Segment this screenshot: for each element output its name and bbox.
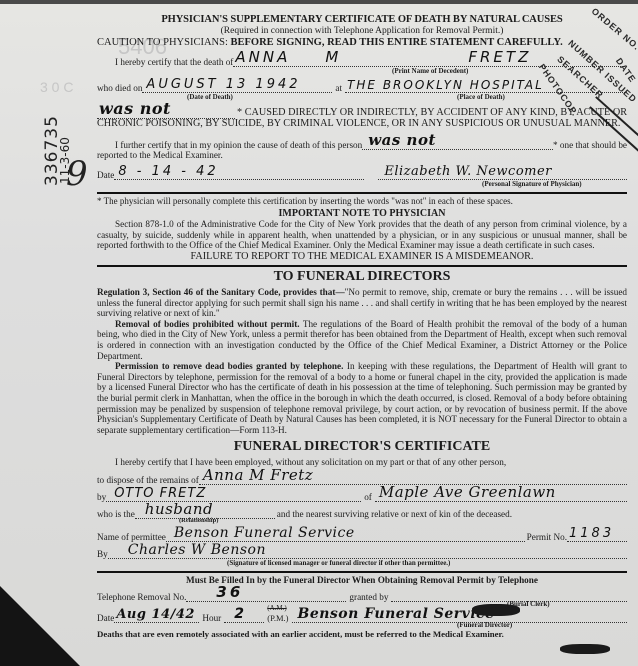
was-not-field-2: was not <box>362 133 553 150</box>
of-label: of <box>361 492 375 502</box>
am-pm: (A.M.) (P.M.) <box>264 613 291 623</box>
tel-date-label: Date <box>97 613 114 623</box>
hour-label: Hour <box>199 613 224 623</box>
divider <box>97 571 627 573</box>
divider <box>97 265 627 267</box>
divider <box>97 192 627 194</box>
permittee: Benson Funeral Service <box>174 525 355 541</box>
was-not-field-1: was not <box>97 102 235 119</box>
ink-mark <box>472 604 520 616</box>
document-subtitle: (Required in connection with Telephone A… <box>97 26 627 36</box>
died-on-label: who died on <box>97 83 142 93</box>
permit-label: Permit No. <box>525 532 567 542</box>
who-is-label: who is the <box>97 509 135 519</box>
misdemeanor-warning: FAILURE TO REPORT TO THE MEDICAL EXAMINE… <box>97 251 627 262</box>
certify-label: I hereby certify that the death of <box>115 57 233 67</box>
relationship: husband <box>145 500 213 518</box>
funeral-directors-heading: TO FUNERAL DIRECTORS <box>97 269 627 285</box>
caution-line: CAUTION TO PHYSICIANS: BEFORE SIGNING, R… <box>97 37 627 48</box>
tel-date: Aug 14/42 <box>116 607 195 622</box>
was-not-line: was not <box>97 102 627 120</box>
fd-intro: I hereby certify that I have been employ… <box>97 457 627 468</box>
dispose-label: to dispose of the remains of <box>97 475 199 485</box>
further-line-2: reported to the Medical Examiner. <box>97 150 627 161</box>
physician-signature-field: Elizabeth W. Newcomer <box>378 163 627 180</box>
removal-no-field: 36 <box>186 585 346 602</box>
hour-field: 2 <box>224 606 264 623</box>
relationship-line: who is the husband and the nearest survi… <box>97 502 627 519</box>
was-not-1: was not <box>99 99 171 118</box>
scan-corner-shadow <box>0 586 80 666</box>
by-label: by <box>97 492 106 502</box>
removal-no: 36 <box>216 583 243 601</box>
further-suffix: * one that should be <box>553 140 627 150</box>
regulation-paragraph: Regulation 3, Section 46 of the Sanitary… <box>97 287 627 319</box>
death-date-line: who died on AUGUST 13 1942 at THE BROOKL… <box>97 76 627 93</box>
permission-paragraph: Permission to remove dead bodies granted… <box>97 361 627 435</box>
date-of-death: AUGUST 13 1942 <box>146 77 300 92</box>
place-caption: (Place of Death) <box>457 93 505 101</box>
decedent-first: ANNA <box>235 48 290 66</box>
decedent-last: FRETZ <box>468 48 531 66</box>
permit-no-field: 1183 <box>567 525 627 542</box>
permittee-label: Name of permittee <box>97 532 166 542</box>
tel-date-field: Aug 14/42 <box>114 606 199 623</box>
by2-label: By <box>97 549 108 559</box>
permit-no: 1183 <box>569 526 614 541</box>
place-of-death: THE BROOKLYN HOSPITAL <box>347 78 544 92</box>
caution-label: CAUTION TO PHYSICIANS: <box>97 37 228 48</box>
decedent-name-line: I hereby certify that the death of ANNA … <box>97 50 627 67</box>
hour: 2 <box>234 606 247 622</box>
director-signature-caption: (Signature of licensed manager or funera… <box>227 559 450 567</box>
removal-paragraph: Removal of bodies prohibited without per… <box>97 319 627 361</box>
director-signature-field: Charles W Benson <box>108 542 627 559</box>
permission-body: In keeping with these regulations, the D… <box>97 361 627 435</box>
removal-lead: Removal of bodies prohibited without per… <box>115 319 300 329</box>
fd-certificate-heading: FUNERAL DIRECTOR'S CERTIFICATE <box>97 439 627 455</box>
nearest-text: and the nearest surviving relative or ne… <box>275 509 512 519</box>
tel-director-signature: Benson Funeral Service <box>298 606 495 622</box>
permittee-line: Name of permittee Benson Funeral Service… <box>97 525 627 542</box>
am-label: (A.M.) <box>267 604 286 612</box>
was-not-2: was not <box>368 131 436 149</box>
telephone-date-line: Date Aug 14/42 Hour 2 (A.M.) (P.M.) Bens… <box>97 606 627 623</box>
telephone-footer: Deaths that are even remotely associated… <box>97 629 627 640</box>
date-of-death-field: AUGUST 13 1942 <box>142 76 332 93</box>
permission-lead: Permission to remove dead bodies granted… <box>115 361 343 371</box>
further-label: I further certify that in my opinion the… <box>115 140 362 150</box>
physician-date-field: 8 - 14 - 42 <box>114 163 364 180</box>
remains-of: Anna M Fretz <box>203 466 313 484</box>
document-title: PHYSICIAN'S SUPPLEMENTARY CERTIFICATE OF… <box>97 14 627 25</box>
permittee-field: Benson Funeral Service <box>166 525 525 542</box>
director-signature-line: By Charles W Benson <box>97 542 627 559</box>
further-certify-line: I further certify that in my opinion the… <box>97 133 627 150</box>
decedent-name-field: ANNA M FRETZ <box>233 50 627 67</box>
decedent-middle: M <box>325 48 341 66</box>
relationship-caption: (Relationship) <box>179 517 218 524</box>
margin-mark: 9 <box>66 154 88 194</box>
decedent-caption: (Print Name of Decedent) <box>392 67 468 75</box>
telephone-heading: Must Be Filled In by the Funeral Directo… <box>97 575 627 585</box>
by-name: OTTO FRETZ <box>114 486 206 501</box>
address-field: Maple Ave Greenlawn <box>375 485 627 502</box>
physician-footnote: * The physician will personally complete… <box>97 196 627 207</box>
director-signature: Charles W Benson <box>128 542 266 558</box>
bleed-through: 3 0 C <box>40 79 73 95</box>
physician-signature: Elizabeth W. Newcomer <box>384 164 552 179</box>
important-note-heading: IMPORTANT NOTE TO PHYSICIAN <box>97 208 627 219</box>
important-note-body: Section 878-1.0 of the Administrative Co… <box>97 219 627 251</box>
certificate-content: PHYSICIAN'S SUPPLEMENTARY CERTIFICATE OF… <box>97 14 627 639</box>
death-certificate-sheet: 5406 3 0 C 336735 11-3-60 9 ORDER NO. DA… <box>0 4 638 666</box>
date-label: Date <box>97 170 114 180</box>
regulation-lead: Regulation 3, Section 46 of the Sanitary… <box>97 287 345 297</box>
address: Maple Ave Greenlawn <box>379 483 556 501</box>
ink-mark <box>560 644 610 654</box>
date-caption: (Date of Death) <box>187 93 233 101</box>
physician-date-line: Date 8 - 14 - 42 Elizabeth W. Newcomer <box>97 163 627 180</box>
physician-date: 8 - 14 - 42 <box>118 164 218 179</box>
at-label: at <box>332 83 345 93</box>
caution-text: BEFORE SIGNING, READ THIS ENTIRE STATEME… <box>231 37 563 48</box>
granted-label: granted by <box>346 592 391 602</box>
signature-caption: (Personal Signature of Physician) <box>482 180 582 188</box>
pm-label: (P.M.) <box>267 613 288 623</box>
place-of-death-field: THE BROOKLYN HOSPITAL <box>345 76 627 93</box>
director-caption: (Funeral Director) <box>457 621 512 629</box>
removal-no-label: Telephone Removal No. <box>97 592 186 602</box>
